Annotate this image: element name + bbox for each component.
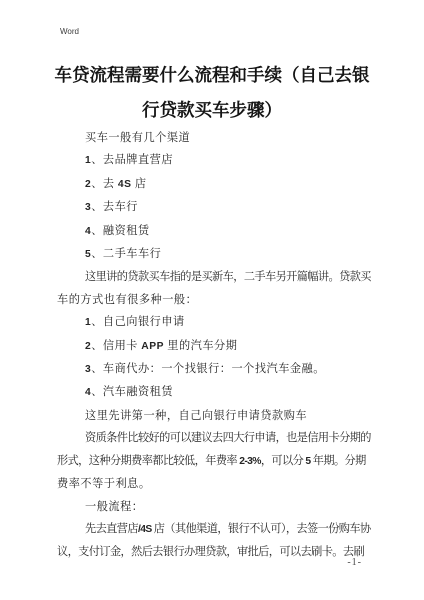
body-line: 这里先讲第一种，自己向银行申请贷款购车 bbox=[57, 405, 369, 427]
body-line: 2、信用卡 APP 里的汽车分期 bbox=[57, 335, 369, 358]
page-title: 车贷流程需要什么流程和手续（自己去银 行贷款买车步骤） bbox=[0, 58, 424, 128]
body-line: 这里讲的贷款买车指的是买新车，二手车另开篇幅讲。贷款买 bbox=[57, 266, 369, 288]
body-line: 资质条件比较好的可以建议去四大行申请，也是信用卡分期的 bbox=[57, 427, 369, 449]
document-page: Word 车贷流程需要什么流程和手续（自己去银 行贷款买车步骤） 买车一般有几个… bbox=[0, 0, 424, 600]
body-lines: 买车一般有几个渠道1、去品牌直营店2、去 4S 店3、去车行4、融资租赁5、二手… bbox=[57, 127, 369, 564]
title-line-2: 行贷款买车步骤） bbox=[0, 93, 424, 128]
body-line: 1、去品牌直营店 bbox=[57, 149, 369, 172]
body-line: 4、汽车融资租赁 bbox=[57, 381, 369, 404]
body-line: 2、去 4S 店 bbox=[57, 173, 369, 196]
body-line: 车的方式也有很多种一般： bbox=[57, 289, 369, 311]
body-line: 费率不等于利息。 bbox=[57, 473, 369, 495]
body-line: 议，支付订金，然后去银行办理贷款，审批后，可以去刷卡。去刷 bbox=[57, 541, 369, 563]
title-line-1: 车贷流程需要什么流程和手续（自己去银 bbox=[0, 58, 424, 93]
body-line: 1、自己向银行申请 bbox=[57, 311, 369, 334]
body-line: 3、车商代办：一个找银行：一个找汽车金融。 bbox=[57, 358, 369, 381]
body-line: 先去直营店/4S 店（其他渠道，银行不认可），去签一份购车协 bbox=[57, 518, 369, 541]
body-line: 买车一般有几个渠道 bbox=[57, 127, 369, 149]
body-line: 5、二手车车行 bbox=[57, 243, 369, 266]
body-line: 一般流程： bbox=[57, 496, 369, 518]
page-number: -1- bbox=[347, 557, 362, 568]
body-line: 3、去车行 bbox=[57, 196, 369, 219]
body-line: 4、融资租赁 bbox=[57, 220, 369, 243]
body-line: 形式，这种分期费率都比较低，年费率 2-3%，可以分 5 年期。分期 bbox=[57, 450, 369, 473]
app-label: Word bbox=[60, 27, 79, 36]
